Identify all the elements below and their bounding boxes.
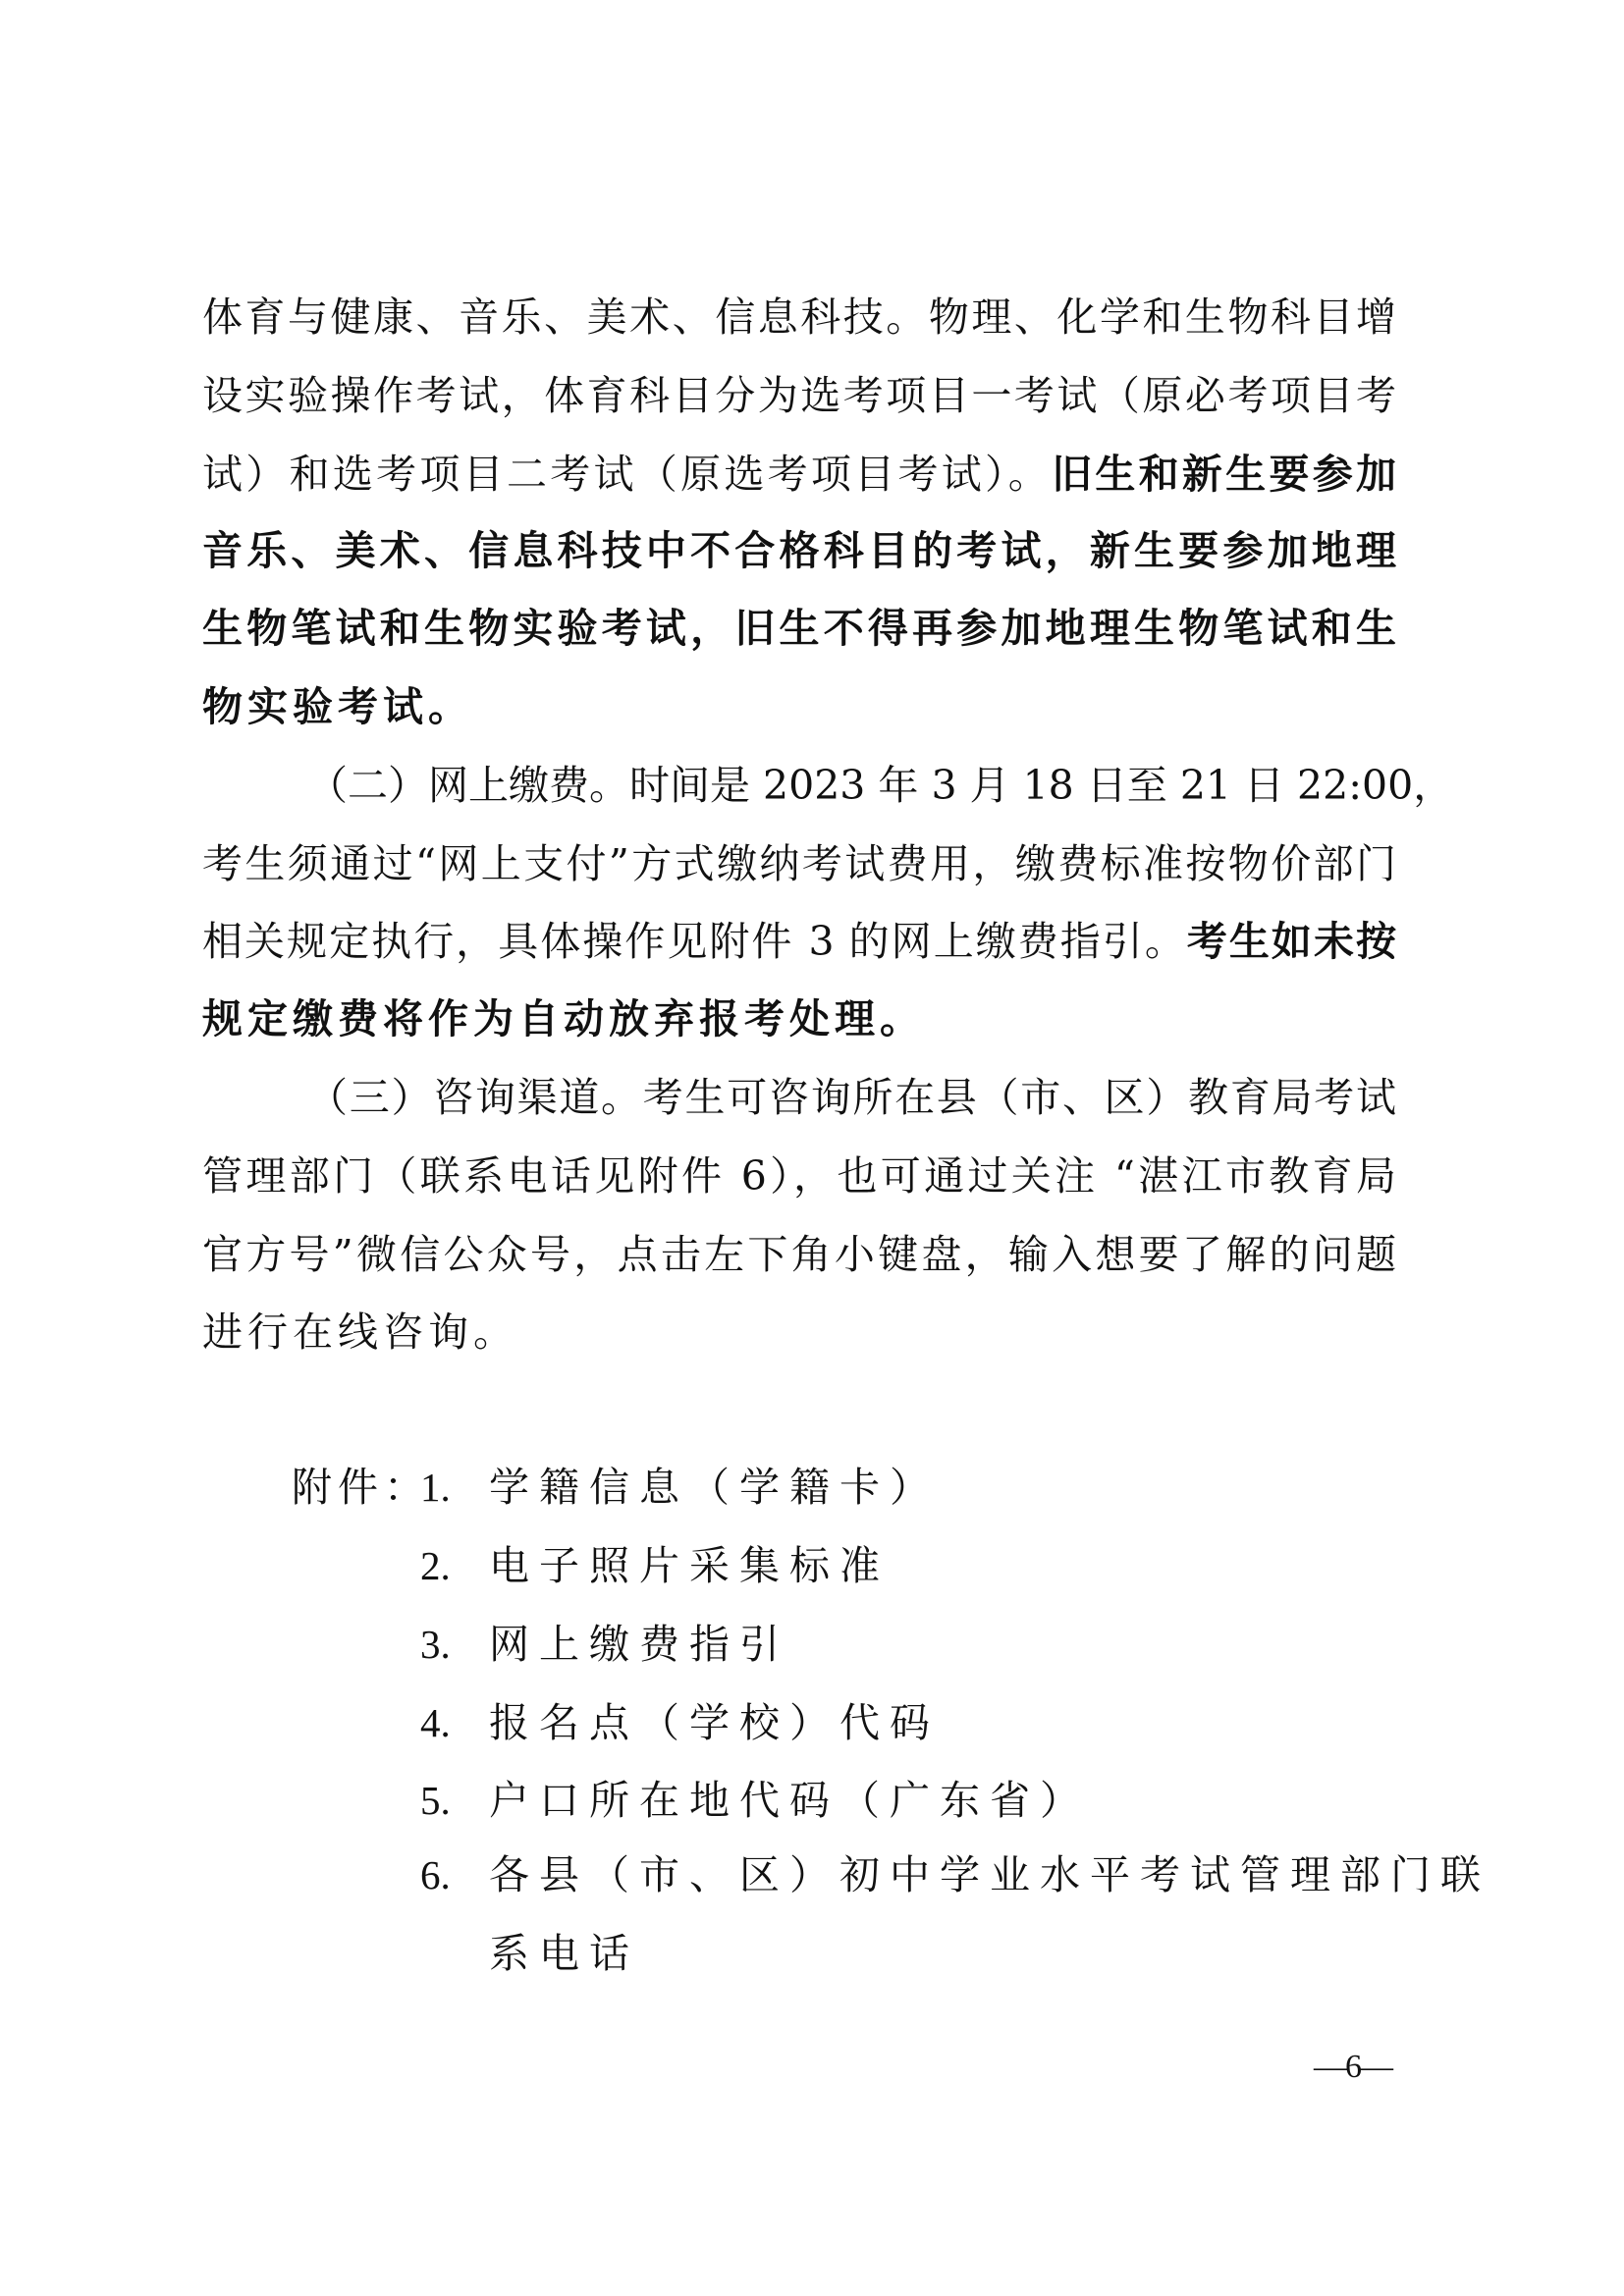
attachment-number: 1. (420, 1464, 451, 1511)
attachment-item: 学籍信息（学籍卡） (489, 1464, 940, 1511)
paragraph-line: 设实验操作考试，体育科目分为选考项目一考试（原必考项目考 (202, 372, 1396, 419)
bold-text-run: 生物笔试和生物实验考试，旧生不得再参加地理生物笔试和生 (202, 605, 1396, 652)
paragraph-line: 考生须通过“网上支付”方式缴纳考试费用，缴费标准按物价部门 (202, 840, 1396, 887)
attachments-label: 附件： (292, 1464, 430, 1511)
attachment-item: 电子照片采集标准 (489, 1542, 890, 1589)
text-run: 相关规定执行，具体操作见附件 3 的网上缴费指引。 (202, 918, 1187, 965)
bold-text-run: 旧生和新生要参加 (1052, 451, 1396, 498)
text-run: 进行在线咨询。 (202, 1308, 518, 1356)
attachment-item: 网上缴费指引 (489, 1621, 789, 1668)
paragraph-line: 音乐、美术、信息科技中不合格科目的考试，新生要参加地理 (202, 527, 1396, 574)
text-run: 考生须通过“网上支付”方式缴纳考试费用，缴费标准按物价部门 (202, 840, 1396, 887)
paragraph-line: 生物笔试和生物实验考试，旧生不得再参加地理生物笔试和生 (202, 605, 1396, 652)
text-run: 体育与健康、音乐、美术、信息科技。物理、化学和生物科目增 (202, 294, 1396, 341)
paragraph-line: 相关规定执行，具体操作见附件 3 的网上缴费指引。考生如未按 (202, 918, 1396, 965)
document-page: 体育与健康、音乐、美术、信息科技。物理、化学和生物科目增 设实验操作考试，体育科… (0, 0, 1624, 2296)
attachment-item: 户口所在地代码（广东省） (489, 1777, 1090, 1824)
paragraph-line: （二）网上缴费。时间是 2023 年 3 月 18 日至 21 日 22:00， (307, 762, 1396, 809)
bold-text-run: 规定缴费将作为自动放弃报考处理。 (202, 995, 925, 1042)
text-run: 管理部门（联系电话见附件 6），也可通过关注 “湛江市教育局 (202, 1152, 1396, 1200)
attachment-item: 报名点（学校）代码 (489, 1699, 940, 1746)
bold-text-run: 音乐、美术、信息科技中不合格科目的考试，新生要参加地理 (202, 527, 1396, 574)
paragraph-line: 官方号”微信公众号，点击左下角小键盘，输入想要了解的问题 (202, 1231, 1396, 1278)
attachment-number: 6. (420, 1851, 451, 1898)
paragraph-line: 规定缴费将作为自动放弃报考处理。 (202, 995, 1396, 1042)
paragraph-line: 管理部门（联系电话见附件 6），也可通过关注 “湛江市教育局 (202, 1152, 1396, 1200)
attachment-number: 5. (420, 1777, 451, 1824)
paragraph-line: 体育与健康、音乐、美术、信息科技。物理、化学和生物科目增 (202, 294, 1396, 341)
paragraph-line: 物实验考试。 (202, 683, 1396, 730)
bold-text-run: 物实验考试。 (202, 683, 473, 730)
bold-text-run: 考生如未按 (1187, 918, 1396, 965)
attachment-item: 各县（市、区）初中学业水平考试管理部门联 (489, 1851, 1490, 1898)
attachment-number: 2. (420, 1542, 451, 1589)
attachment-number: 3. (420, 1621, 451, 1668)
attachment-item-continuation: 系电话 (489, 1930, 639, 1977)
text-run: （二）网上缴费。时间是 2023 年 3 月 18 日至 21 日 22:00， (307, 762, 1453, 809)
attachment-number: 4. (420, 1699, 451, 1746)
text-run: 官方号”微信公众号，点击左下角小键盘，输入想要了解的问题 (202, 1231, 1396, 1278)
page-number: —6— (1314, 2048, 1391, 2087)
text-run: 试）和选考项目二考试（原选考项目考试）。 (202, 451, 1052, 498)
paragraph-line: 进行在线咨询。 (202, 1308, 1396, 1356)
text-run: 设实验操作考试，体育科目分为选考项目一考试（原必考项目考 (202, 372, 1396, 419)
paragraph-line: （三）咨询渠道。考生可咨询所在县（市、区）教育局考试 (307, 1074, 1396, 1121)
text-run: （三）咨询渠道。考生可咨询所在县（市、区）教育局考试 (307, 1074, 1396, 1121)
paragraph-line: 试）和选考项目二考试（原选考项目考试）。旧生和新生要参加 (202, 451, 1396, 498)
